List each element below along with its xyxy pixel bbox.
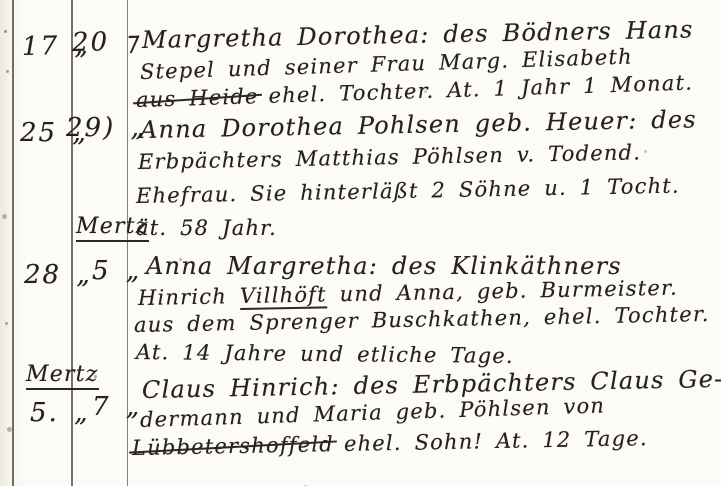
- entry4-death-date: 5. „: [30, 398, 90, 428]
- line-text: und Anna, geb. Burmeister.: [327, 276, 679, 307]
- line-text: Hinrich: [138, 284, 240, 310]
- entry2-line1: Anna Dorothea Pohlsen geb. Heuer: des: [140, 105, 697, 144]
- entry2-line3: Ehefrau. Sie hinterläßt 2 Söhne u. 1 Toc…: [136, 174, 680, 208]
- struck-text: aus Heide: [136, 84, 259, 112]
- entry3-death-date: 28 „: [24, 260, 92, 290]
- column-rule-left: [12, 0, 14, 486]
- month-note-mertz-2: Mertz: [26, 362, 99, 390]
- underlined-name: Villhöft: [240, 282, 327, 310]
- entry4-line3: Lübbetershoffeldehel. Sohn! At. 12 Tage.: [132, 426, 648, 460]
- register-page: 17 „ 20 ⁊ Margretha Dorothea: des Bödner…: [0, 0, 721, 486]
- entry2-burial-date: 29) „: [66, 113, 146, 143]
- entry3-burial-date: 5 „: [92, 256, 141, 286]
- entry2-line2: Erbpächters Matthias Pöhlsen v. Todend.: [138, 140, 642, 174]
- scan-noise: [4, 30, 7, 33]
- line-text: ehel. Sohn! At. 12 Tage.: [344, 426, 648, 456]
- entry3-line4: At. 14 Jahre und etliche Tage.: [136, 340, 514, 368]
- struck-text: Lübbetershoffeld: [132, 432, 334, 460]
- entry2-line4: ät. 58 Jahr.: [136, 216, 277, 240]
- entry4-burial-date: 7 „: [92, 392, 141, 422]
- entry3-line1: Anna Margretha: des Klinkäthners: [146, 252, 622, 280]
- entry1-burial-date: 20 ⁊: [72, 27, 140, 58]
